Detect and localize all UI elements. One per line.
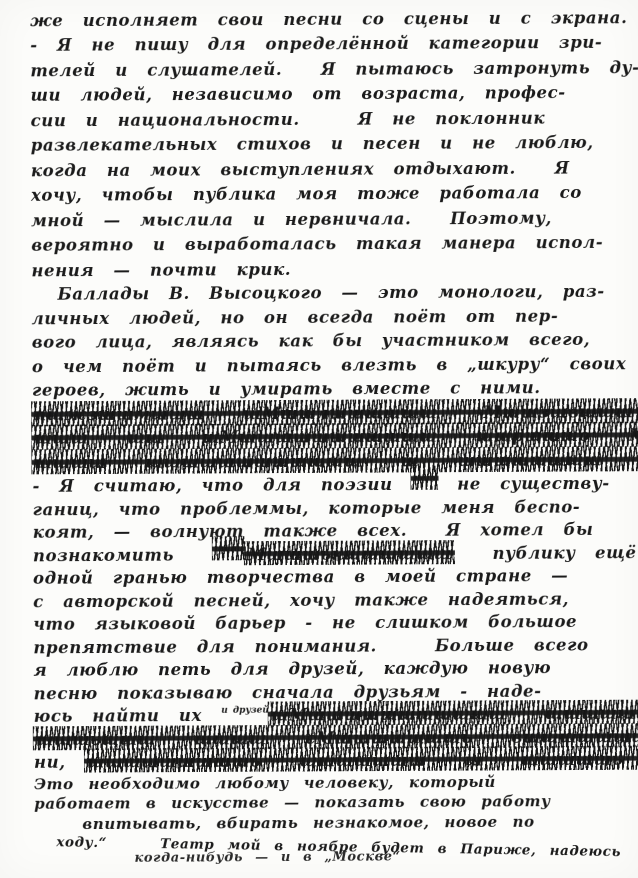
manuscript-line: ши людей, независимо от возраста, профес… <box>30 80 630 108</box>
manuscript-line: с авторской песней, хочу также надеяться… <box>33 587 633 613</box>
manuscript-line: Баллады В. Высоцкого — это монологи, раз… <box>31 280 631 307</box>
handwritten-text: мной — мыслила и нервничала. Поэтому, <box>31 209 552 231</box>
manuscript-line: развлекательных стихов и песен и не любл… <box>31 130 631 158</box>
manuscript-line: одной гранью творчества в моей стране — <box>33 564 633 590</box>
manuscript-line: - Я не пишу для определённой категории з… <box>30 30 630 58</box>
manuscript-line: впитывать, вбирать незнакомое, новое по <box>34 811 634 834</box>
handwritten-text: Это необходимо любому человеку, который <box>34 773 496 793</box>
handwritten-text: личных людей, но он всегда поёт от пер- <box>32 307 559 329</box>
manuscript-line: хочу, чтобы публика моя тоже работала со <box>31 180 631 208</box>
handwritten-text: же исполняет свои песни со сцены и с экр… <box>30 8 627 30</box>
handwritten-text: - Я не пишу для определённой категории з… <box>30 33 602 55</box>
handwritten-text: публику ещё с <box>454 543 638 563</box>
handwritten-text: о чем поёт и пытаясь влезть в „шкуру“ св… <box>32 354 627 376</box>
handwritten-text: не существу- <box>438 474 610 494</box>
handwritten-text: ганиц, что проблеммы, которые меня беспо… <box>33 497 581 519</box>
handwritten-text: героев, жить и умирать вместе с ними. <box>32 378 541 400</box>
handwritten-text: - Я считаю, что для поэзии <box>32 475 412 496</box>
manuscript-line: же исполняет свои песни со сцены и с экр… <box>30 5 630 33</box>
handwritten-text: препятствие для понимания. Больше всего <box>33 635 588 657</box>
handwritten-text: телей и слушателей. Я пытаюсь затронуть … <box>30 58 638 80</box>
manuscript-line: препятствие для понимания. Больше всего <box>33 633 633 659</box>
handwritten-text: я люблю петь для друзей, каждую новую <box>33 658 551 680</box>
manuscript-text: же исполняет свои песни со сцены и с экр… <box>0 0 638 867</box>
scribbled-out-text: нет <box>412 468 438 491</box>
manuscript-line: вого лица, являясь как бы участником все… <box>32 328 632 355</box>
handwritten-text: ни, <box>34 753 85 772</box>
manuscript-line: что языковой барьер - не слишком большое <box>33 610 633 636</box>
manuscript-line: ни, шшшшшшшшшь шшшшшшш ш шшшшшь шш шшшшш… <box>34 748 634 774</box>
handwritten-text: Баллады В. Высоцкого — это монологи, раз… <box>57 282 604 304</box>
handwritten-text: сии и национальности. Я не поклонник <box>31 109 546 131</box>
manuscript-page: же исполняет свои песни со сцены и с экр… <box>0 0 638 878</box>
scribbled-out-text: шшшшшшшшшь шшшшшшш ш шшшшшь шш шшшшшшшшь <box>85 746 638 773</box>
handwritten-text: одной гранью творчества в моей стране — <box>33 566 568 588</box>
manuscript-line: шшшш шшшшшшшшшшшш ш шшшшшшшш шшшшшш. <box>32 448 632 475</box>
manuscript-line: нения — почти крик. <box>31 255 631 283</box>
manuscript-line: работает в искусстве — показать свою раб… <box>34 791 634 814</box>
manuscript-line: - Я считаю, что для поэзии нет не сущест… <box>32 472 632 498</box>
manuscript-line: когда на моих выступлениях отдыхают. Я <box>31 155 631 183</box>
manuscript-line: ганиц, что проблеммы, которые меня беспо… <box>33 495 633 521</box>
manuscript-line: сии и национальности. Я не поклонник <box>31 105 631 133</box>
handwritten-text: работает в искусстве — показать свою раб… <box>34 792 551 813</box>
manuscript-line: о чем поёт и пытаясь влезть в „шкуру“ св… <box>32 352 632 379</box>
manuscript-line: телей и слушателей. Я пытаюсь затронуть … <box>30 55 630 83</box>
manuscript-line: мной — мыслила и нервничала. Поэтому, <box>31 205 631 233</box>
manuscript-line: познакомить шшшМшшшькшшшшшш публику ещё … <box>33 541 633 567</box>
handwritten-text: с авторской песней, хочу также надеяться… <box>33 590 569 612</box>
manuscript-line: вероятно и выработалась такая манера исп… <box>31 230 631 258</box>
handwritten-text: хочу, чтобы публика моя тоже работала со <box>31 183 582 205</box>
handwritten-text: юсь найти их <box>34 706 222 726</box>
manuscript-line: личных людей, но он всегда поёт от пер- <box>32 304 632 331</box>
interlinear-insertion: и друзей <box>221 700 269 723</box>
handwritten-text: коят, — волнуют также всех. Я хотел бы <box>33 520 594 542</box>
scribbled-out-text: шшшш шшшшшшшшшшшш ш шшшшшшшш шшшшшш. <box>32 448 638 476</box>
handwritten-text: познакомить <box>33 545 213 565</box>
scribbled-out-text: Мшшшькшшшшшш <box>245 542 454 566</box>
manuscript-line: когда-нибудь — и в „Москве“ <box>34 848 634 867</box>
handwritten-text: ши людей, независимо от возраста, профес… <box>30 83 565 105</box>
manuscript-line: я люблю петь для друзей, каждую новую <box>33 656 633 682</box>
handwritten-text: развлекательных стихов и песен и не любл… <box>31 133 594 155</box>
scribbled-out-text: шшш <box>213 538 246 561</box>
handwritten-text: впитывать, вбирать незнакомое, новое по <box>82 813 534 833</box>
handwritten-text: когда на моих выступлениях отдыхают. Я <box>31 159 570 181</box>
manuscript-line: Это необходимо любому человеку, который <box>34 771 634 794</box>
handwritten-text: вероятно и выработалась такая манера исп… <box>31 233 603 255</box>
handwritten-text: нения — почти крик. <box>31 260 291 280</box>
handwritten-text: когда-нибудь — и в „Москве“ <box>134 849 400 865</box>
handwritten-text: что языковой барьер - не слишком большое <box>33 612 577 634</box>
handwritten-text: вого лица, являясь как бы участником все… <box>32 330 590 352</box>
